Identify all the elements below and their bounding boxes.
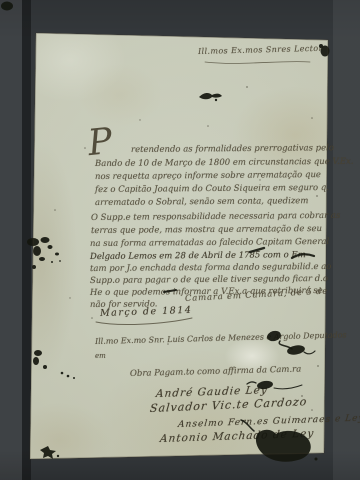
body-line: nos requetta apreço informe sobre arrema… [95,170,321,182]
drop-initial: P [86,121,114,164]
body-line: fez o Capitão Joaquim do Couto Siqueira … [95,183,329,195]
frame-corner-mark [1,2,13,11]
body-line: Supp.o para pagar o de que elle tiver se… [90,274,328,286]
catchword: em [95,352,106,360]
photo-stage: Ill.mos Ex.mos Snres Lector P retendendo… [0,0,360,480]
body-line: terras que pode, mas mostra que arremata… [91,224,322,236]
body-line: retendendo as formalidades prerrogativas… [131,143,334,155]
body-line: na sua forma arrematadas ao falecido Cap… [90,237,329,249]
body-line: Delgado Lemos em 28 de Abril de 1785 com… [90,250,309,262]
body-line: arrematado o Sobral, senão sem conta, qu… [95,196,308,208]
body-line: tam por J.o enchada desta forma dando se… [90,262,331,274]
